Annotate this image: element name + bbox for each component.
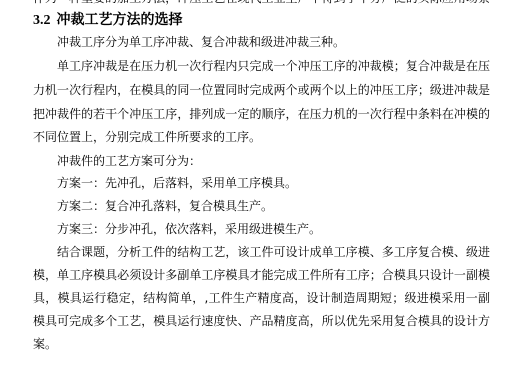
clipped-top-text-line: 作为一种重要的加工方法，冲压工艺在现代工业生产中得到了十分广泛的实际应用场景 (33, 0, 490, 5)
text-line-conclusion-1: 结合课题，分析工件的结构工艺，该工件可设计成单工序模、多工序复合模、级进 (33, 245, 490, 259)
document-page: 作为一种重要的加工方法，冲压工艺在现代工业生产中得到了十分广泛的实际应用场景 3… (0, 0, 512, 373)
text-line-process-4: 不同位置上，分别完成工件所要求的工序。 (33, 130, 490, 144)
text-line-process-3: 把冲裁件的若干个冲压工序，排列成一定的顺序，在压力机的一次行程中条料在冲模的 (33, 107, 490, 121)
text-line-conclusion-2: 模，单工序模具必须设计多副单工序模具才能完成工件所有工序；合模具只设计一副模 (33, 268, 490, 282)
text-line-conclusion-3: 具，模具运行稳定，结构简单，,工件生产精度高，设计制造周期短；级进模采用一副 (33, 291, 490, 305)
text-line-conclusion-4: 模具可完成多个工艺，模具运行速度快、产品精度高，所以优先采用复合模具的设计方 (33, 314, 490, 328)
text-line-scheme-3: 方案三：分步冲孔，依次落料，采用级进模生产。 (33, 222, 490, 236)
text-line-process-2: 力机一次行程内，在模具的同一位置同时完成两个或两个以上的冲压工序；级进冲裁是 (33, 83, 490, 97)
text-line-scheme-intro: 冲裁件的工艺方案可分为： (33, 154, 490, 168)
text-line-process-1: 单工序冲裁是在压力机一次行程内只完成一个冲压工序的冲裁模；复合冲裁是在压 (33, 59, 490, 73)
text-line-scheme-2: 方案二：复合冲孔落料，复合模具生产。 (33, 199, 490, 213)
section-title: 冲裁工艺方法的选择 (57, 12, 183, 28)
text-line-intro: 冲裁工序分为单工序冲裁、复合冲裁和级进冲裁三种。 (33, 35, 490, 49)
section-number: 3.2 (33, 13, 51, 28)
text-line-scheme-1: 方案一：先冲孔，后落料，采用单工序模具。 (33, 176, 490, 190)
text-line-conclusion-5: 案。 (33, 337, 490, 351)
section-heading: 3.2冲裁工艺方法的选择 (33, 12, 490, 29)
